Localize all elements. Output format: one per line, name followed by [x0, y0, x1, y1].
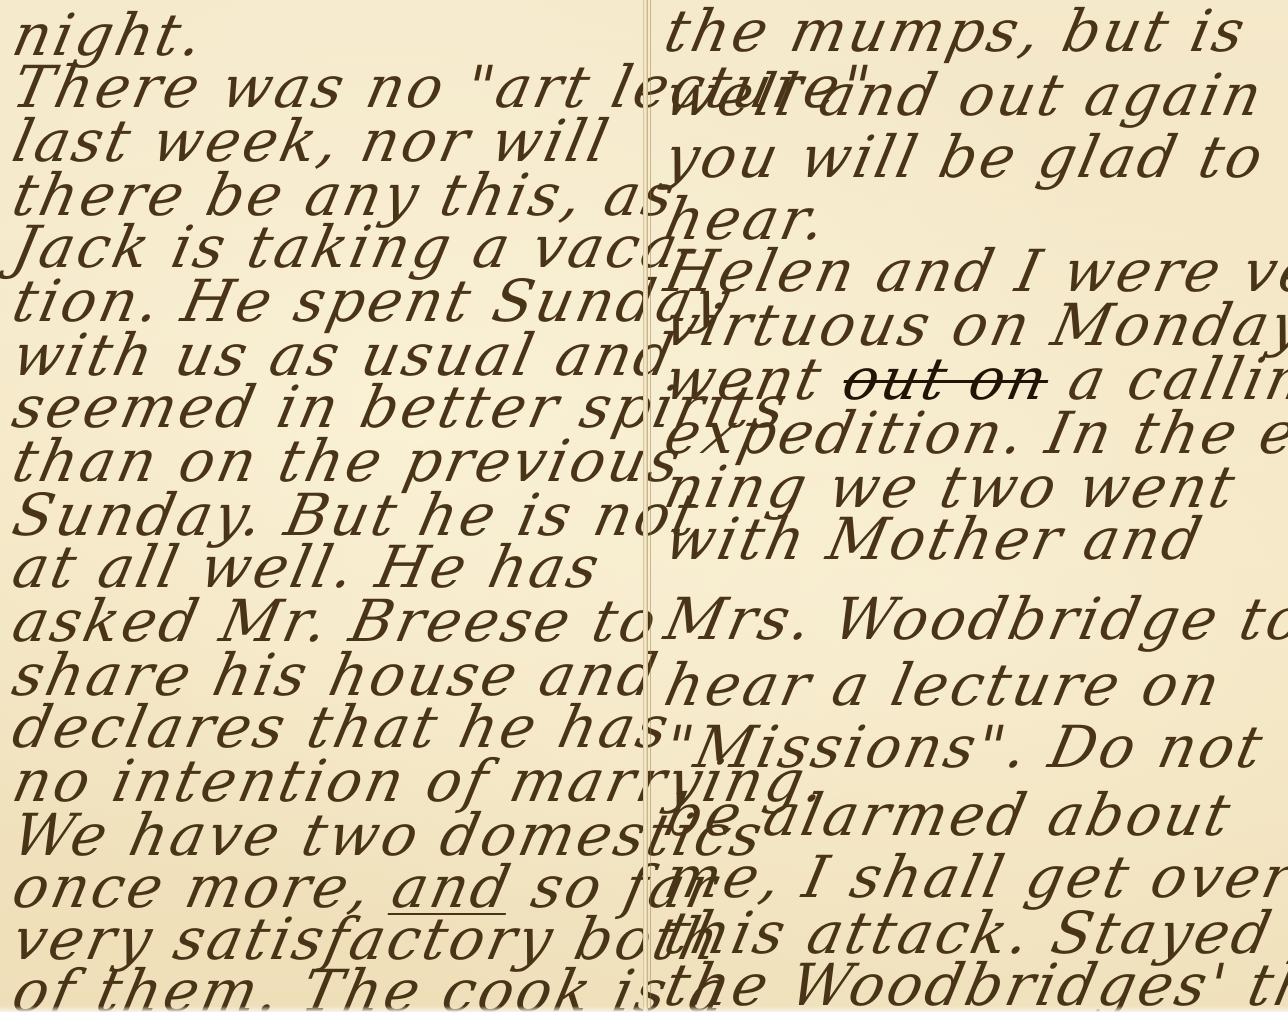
letter-line: the mumps, but is: [660, 2, 1252, 60]
letter-line: with Mother and: [660, 510, 1209, 568]
letter-line: hear a lecture on: [660, 656, 1228, 714]
paper-bottom-edge: [0, 1006, 1288, 1012]
letter-line: you will be glad to: [660, 128, 1270, 186]
letter-line: "Missions". Do not: [660, 718, 1270, 776]
letter-line: me, I shall get over: [660, 848, 1288, 906]
letter-line: of them. The cook is a: [8, 962, 734, 1012]
letter-line: well and out again: [660, 66, 1270, 124]
letter-scan: night. There was no "art lecture" last w…: [0, 0, 1288, 1012]
letter-line: the Woodbridges' that: [660, 956, 1288, 1012]
right-page: the mumps, but is well and out again you…: [648, 0, 1288, 1012]
letter-line: Mrs. Woodbridge to: [660, 590, 1288, 648]
letter-line: be alarmed about: [660, 786, 1238, 844]
left-page: night. There was no "art lecture" last w…: [0, 0, 644, 1012]
